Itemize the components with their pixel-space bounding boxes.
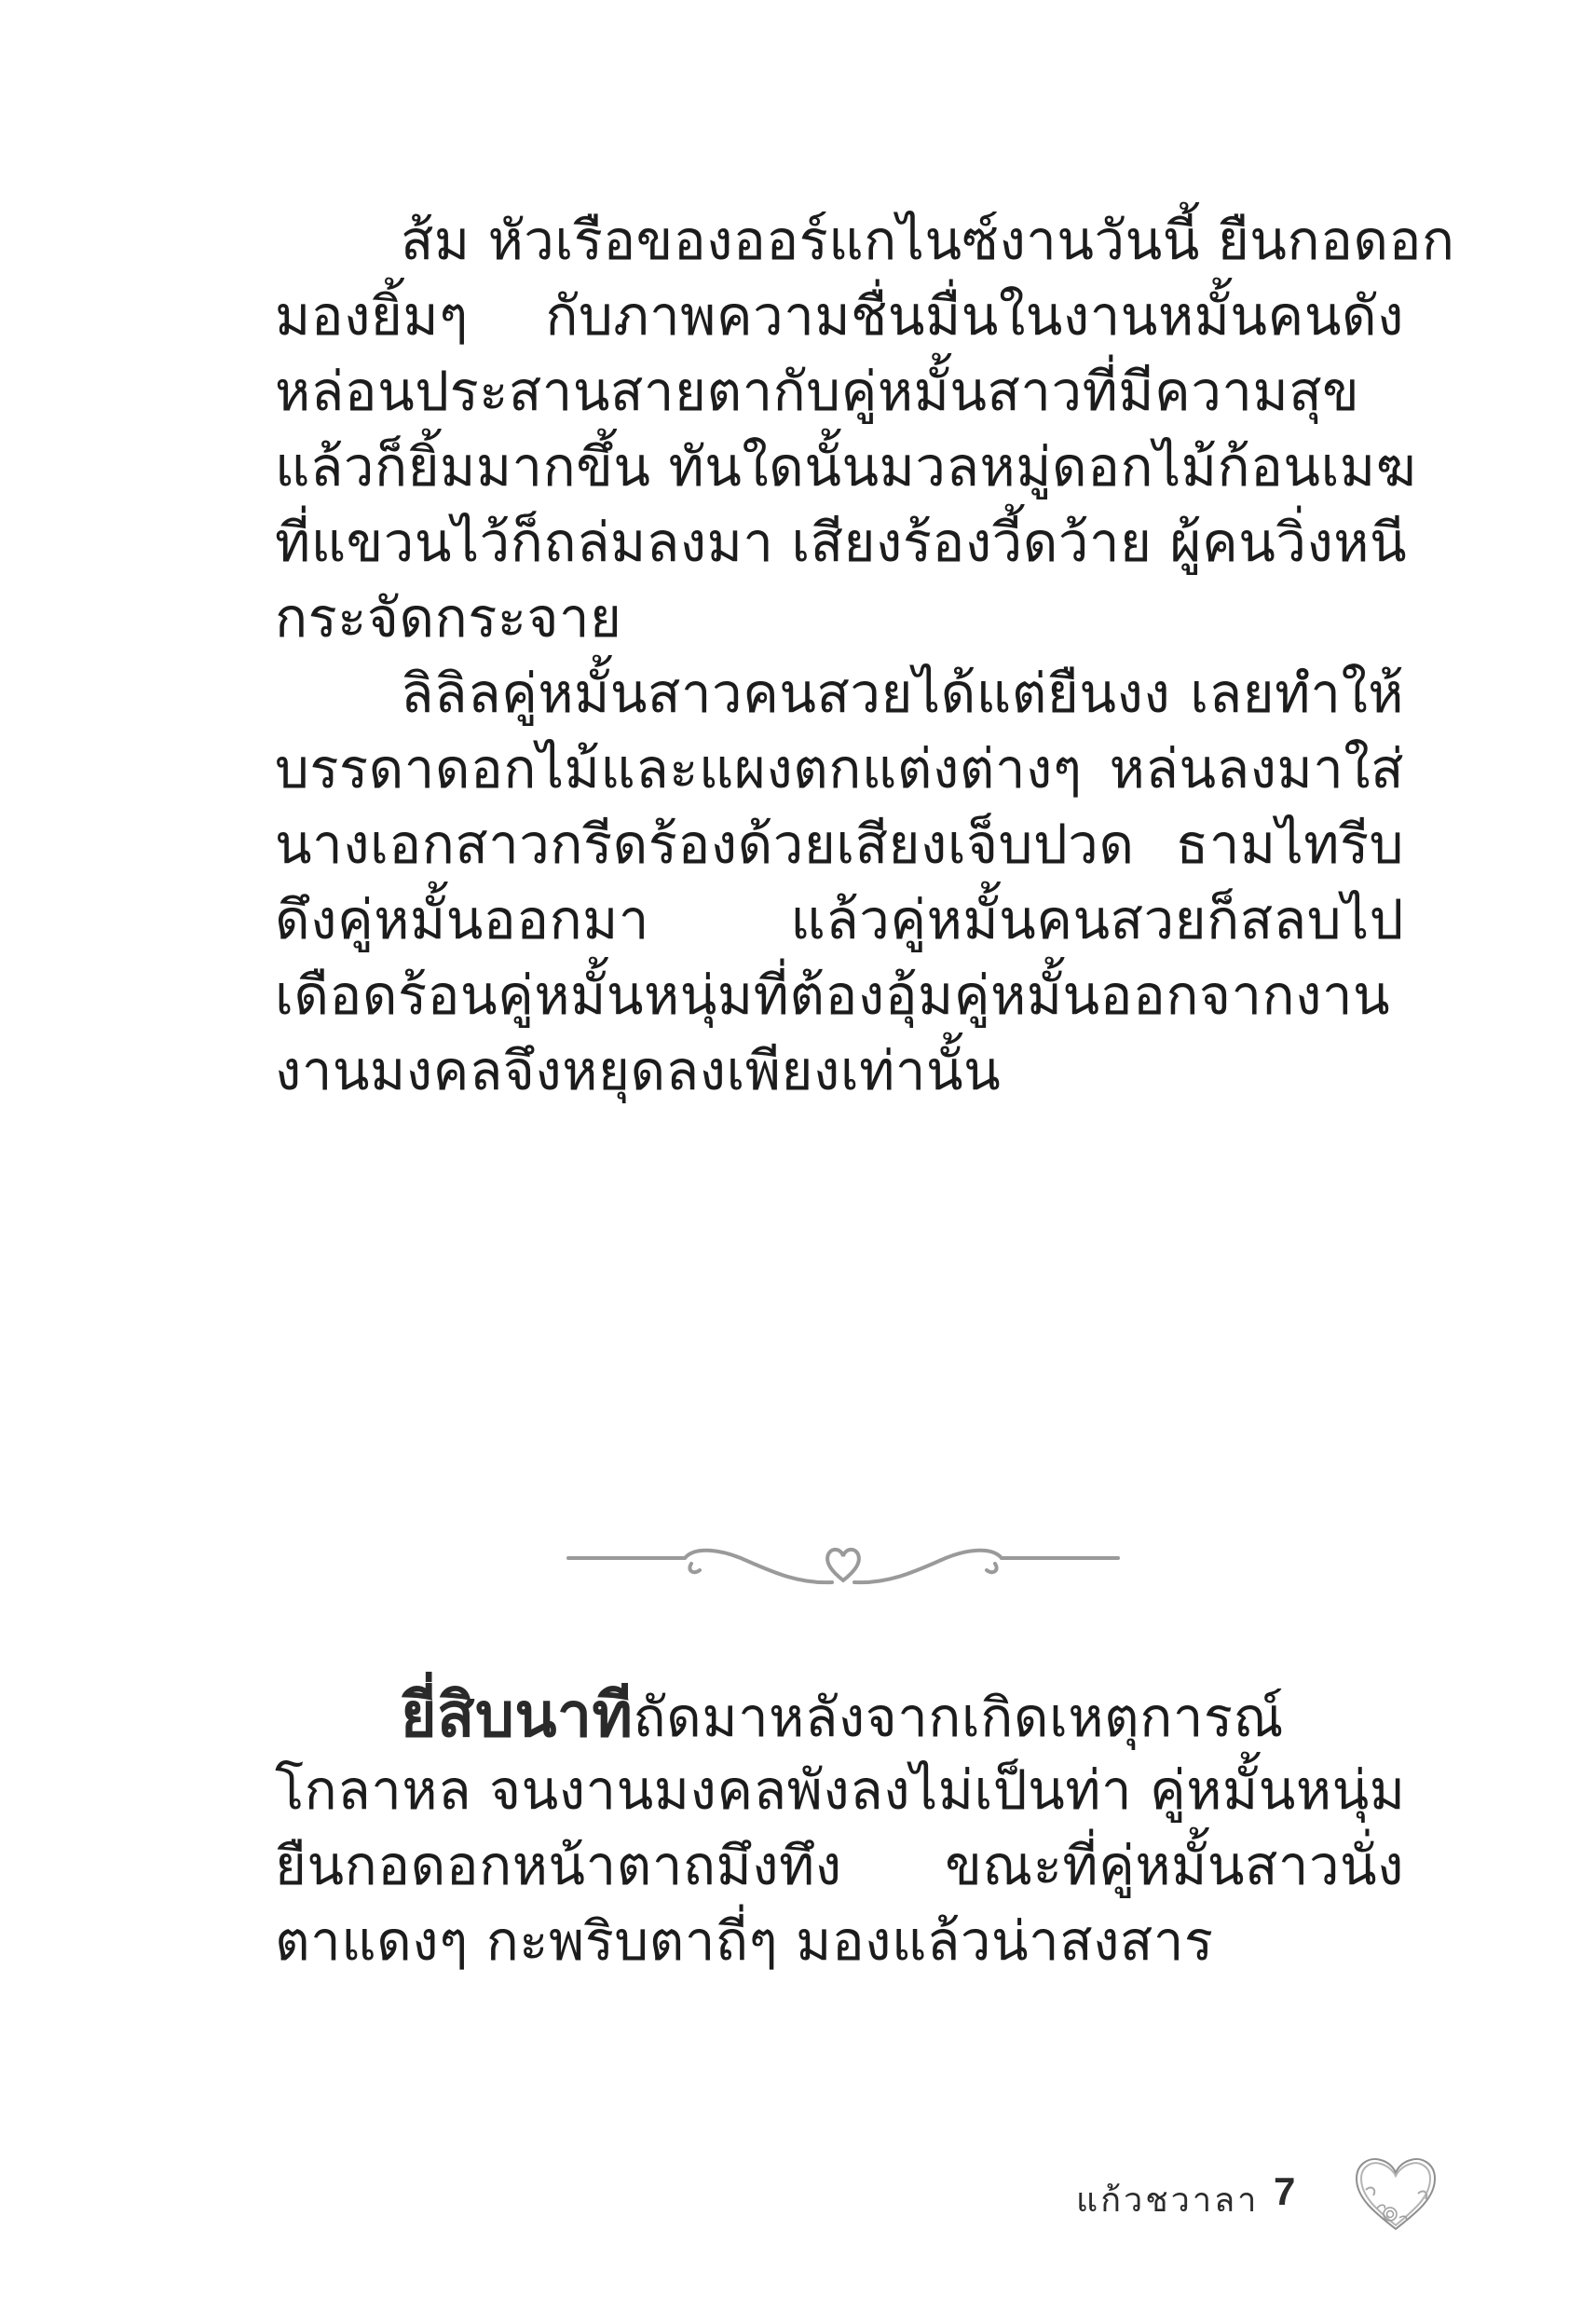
text-line: เดือดร้อนคู่หมั้นหนุ่มที่ต้องอุ้มคู่หมั้… [275,958,1404,1033]
text-line: ส้ม หัวเรือของออร์แกไนซ์งานวันนี้ ยืนกอด… [275,203,1404,279]
text-line: มองยิ้มๆ กับภาพความชื่นมื่นในงานหมั้นคนด… [275,279,1404,354]
text-line: ยืนกอดอกหน้าตาถมึงทึง ขณะที่คู่หมั้นสาวน… [275,1828,1404,1904]
paragraph-2: ลิลิลคู่หมั้นสาวคนสวยได้แต่ยืนงง เลยทำให… [275,656,1404,1109]
text-line: โกลาหล จนงานมงคลพังลงไม่เป็นท่า คู่หมั้น… [275,1753,1404,1828]
text-line: ดึงคู่หมั้นออกมา แล้วคู่หมั้นคนสวยก็สลบไ… [275,882,1404,958]
lead-line-rest: ถัดมาหลังจากเกิดเหตุการณ์ [634,1686,1284,1749]
section-1: ส้ม หัวเรือของออร์แกไนซ์งานวันนี้ ยืนกอด… [275,203,1404,1109]
text-line: ที่แขวนไว้ก็ถล่มลงมา เสียงร้องวี้ดว้าย ผ… [275,505,1404,581]
book-page: ส้ม หัวเรือของออร์แกไนซ์งานวันนี้ ยืนกอด… [0,0,1596,2311]
page-number: 7 [1274,2169,1295,2214]
text-line: นางเอกสาวกรีดร้องด้วยเสียงเจ็บปวด ธามไทร… [275,807,1404,882]
text-line: หล่อนประสานสายตากับคู่หมั้นสาวที่มีความส… [275,354,1404,430]
text-line: กระจัดกระจาย [275,581,1404,656]
ornamental-divider [564,1528,1123,1593]
text-line: ยี่สิบนาทีถัดมาหลังจากเกิดเหตุการณ์ [275,1677,1404,1753]
text-line: แล้วก็ยิ้มมากขึ้น ทันใดนั้นมวลหมู่ดอกไม้… [275,430,1404,505]
heart-wreath-icon [1349,2153,1442,2236]
paragraph-1: ส้ม หัวเรือของออร์แกไนซ์งานวันนี้ ยืนกอด… [275,203,1404,656]
text-line: งานมงคลจึงหยุดลงเพียงเท่านั้น [275,1033,1404,1109]
running-book-title: แก้วชวาลา [1076,2173,1259,2226]
heart-scroll-divider-icon [564,1528,1123,1593]
text-line: บรรดาดอกไม้และแผงตกแต่งต่างๆ หล่นลงมาใส่ [275,732,1404,807]
lead-in-bold: ยี่สิบนาที [401,1679,634,1751]
page-footer: แก้วชวาลา 7 [1044,2153,1472,2236]
text-line: ตาแดงๆ กะพริบตาถี่ๆ มองแล้วน่าสงสาร [275,1904,1404,1979]
section-2: ยี่สิบนาทีถัดมาหลังจากเกิดเหตุการณ์ โกลา… [275,1677,1404,1979]
text-line: ลิลิลคู่หมั้นสาวคนสวยได้แต่ยืนงง เลยทำให… [275,656,1404,732]
